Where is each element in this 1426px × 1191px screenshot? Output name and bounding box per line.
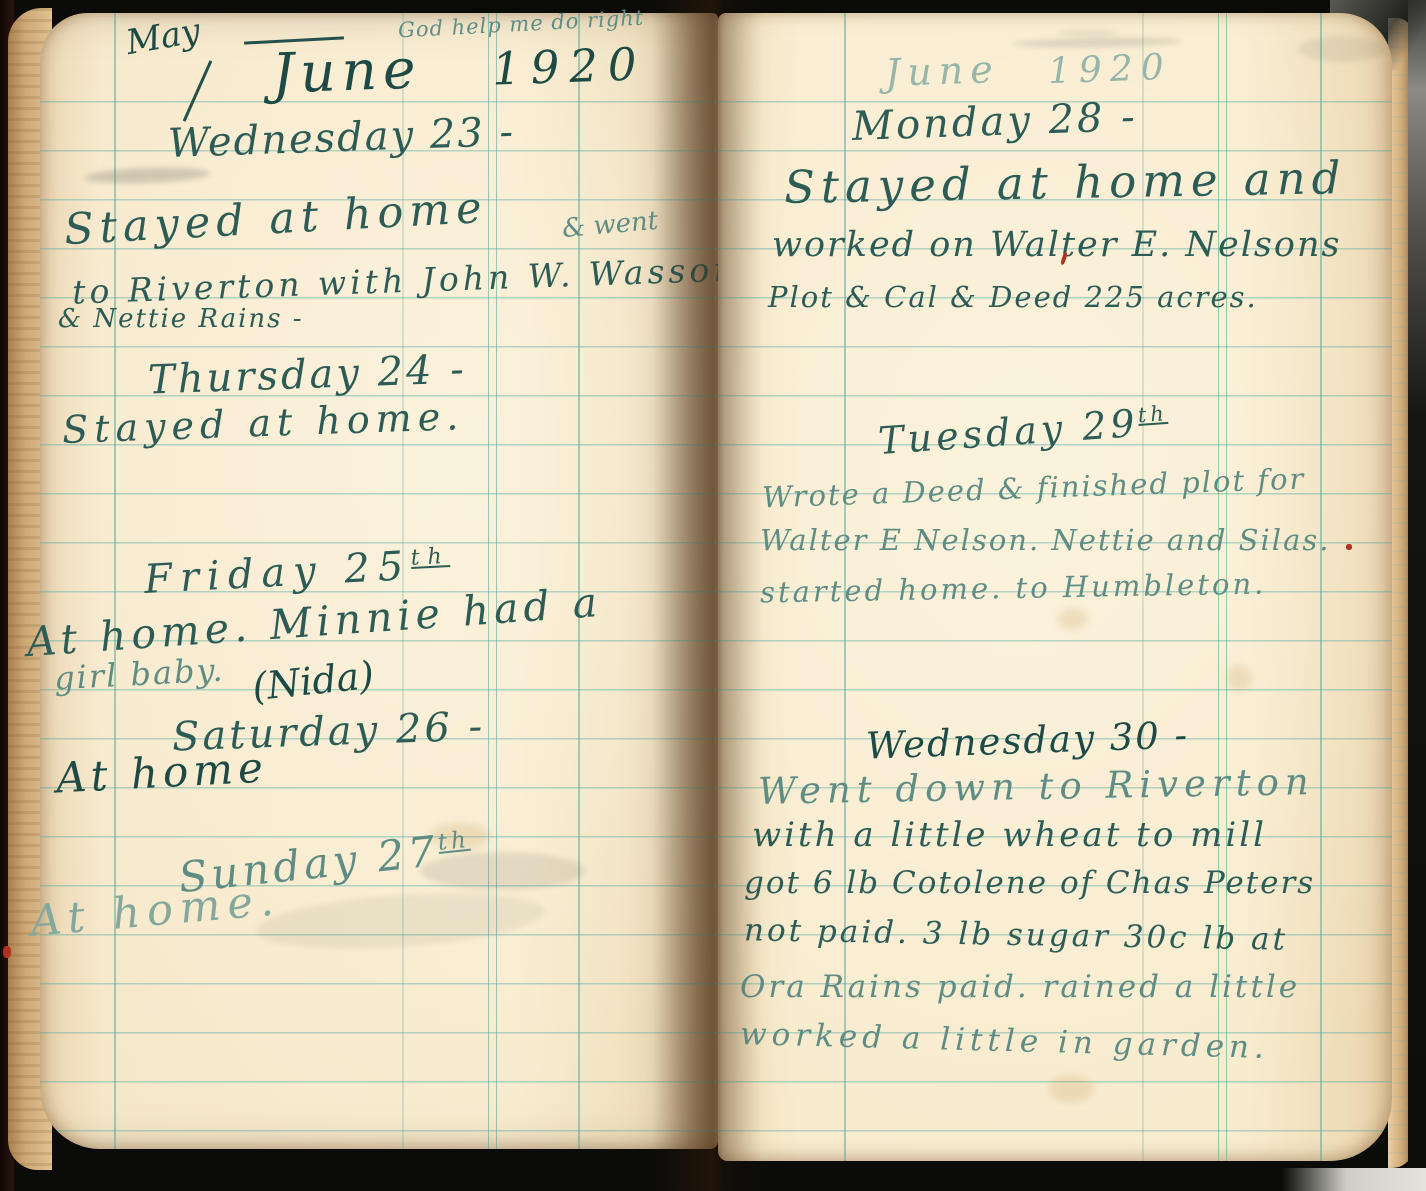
entry-line: Stayed at home and (784, 155, 1347, 210)
entry-title-wednesday-30: Wednesday 30 - (865, 716, 1189, 764)
entry-line: Ora Rains paid. rained a little (740, 972, 1300, 1003)
entry-title-thursday-24: Thursday 24 - (147, 349, 467, 400)
eraser-smudge (420, 852, 585, 890)
entry-line: got 6 lb Cotolene of Chas Peters (744, 868, 1315, 899)
entry-line: worked on Walter E. Nelsons (772, 228, 1341, 263)
entry-title-wednesday-23: Wednesday 23 - (167, 112, 515, 164)
entry-line: Plot & Cal & Deed 225 acres. (768, 283, 1258, 312)
entry-line: girl baby. (53, 654, 225, 695)
entry-line: started home. to Humbleton. (760, 570, 1267, 608)
strike-mark (1058, 30, 1118, 36)
header-month-right: June (884, 50, 1000, 92)
header-month: June (271, 41, 422, 101)
header-year: 1920 (491, 41, 647, 91)
entry-line: & went (561, 208, 659, 242)
entry-line: Walter E Nelson. Nettie and Silas. (760, 526, 1330, 555)
entry-line: & Nettie Rains - (58, 306, 304, 332)
entry-line: with a little wheat to mill (752, 818, 1267, 852)
table-surface-sliver (1282, 1168, 1426, 1191)
red-ink-dot (1346, 544, 1352, 550)
margin-line-left (114, 13, 116, 1149)
book-fore-edge (1408, 0, 1426, 1191)
entry-line: not paid. 3 lb sugar 30c lb at (744, 915, 1288, 955)
entry-line: At home (55, 746, 269, 799)
column-line-left-double (488, 13, 497, 1149)
cover-red-mark (3, 946, 11, 958)
header-year-right: 1920 (1047, 50, 1172, 90)
entry-title-monday-28: Monday 28 - (851, 97, 1138, 147)
edge-smudge (1298, 36, 1386, 62)
diary-photo: May June 1920 God help me do right Wedne… (0, 0, 1426, 1191)
entry-line: Went down to Riverton (758, 763, 1315, 810)
